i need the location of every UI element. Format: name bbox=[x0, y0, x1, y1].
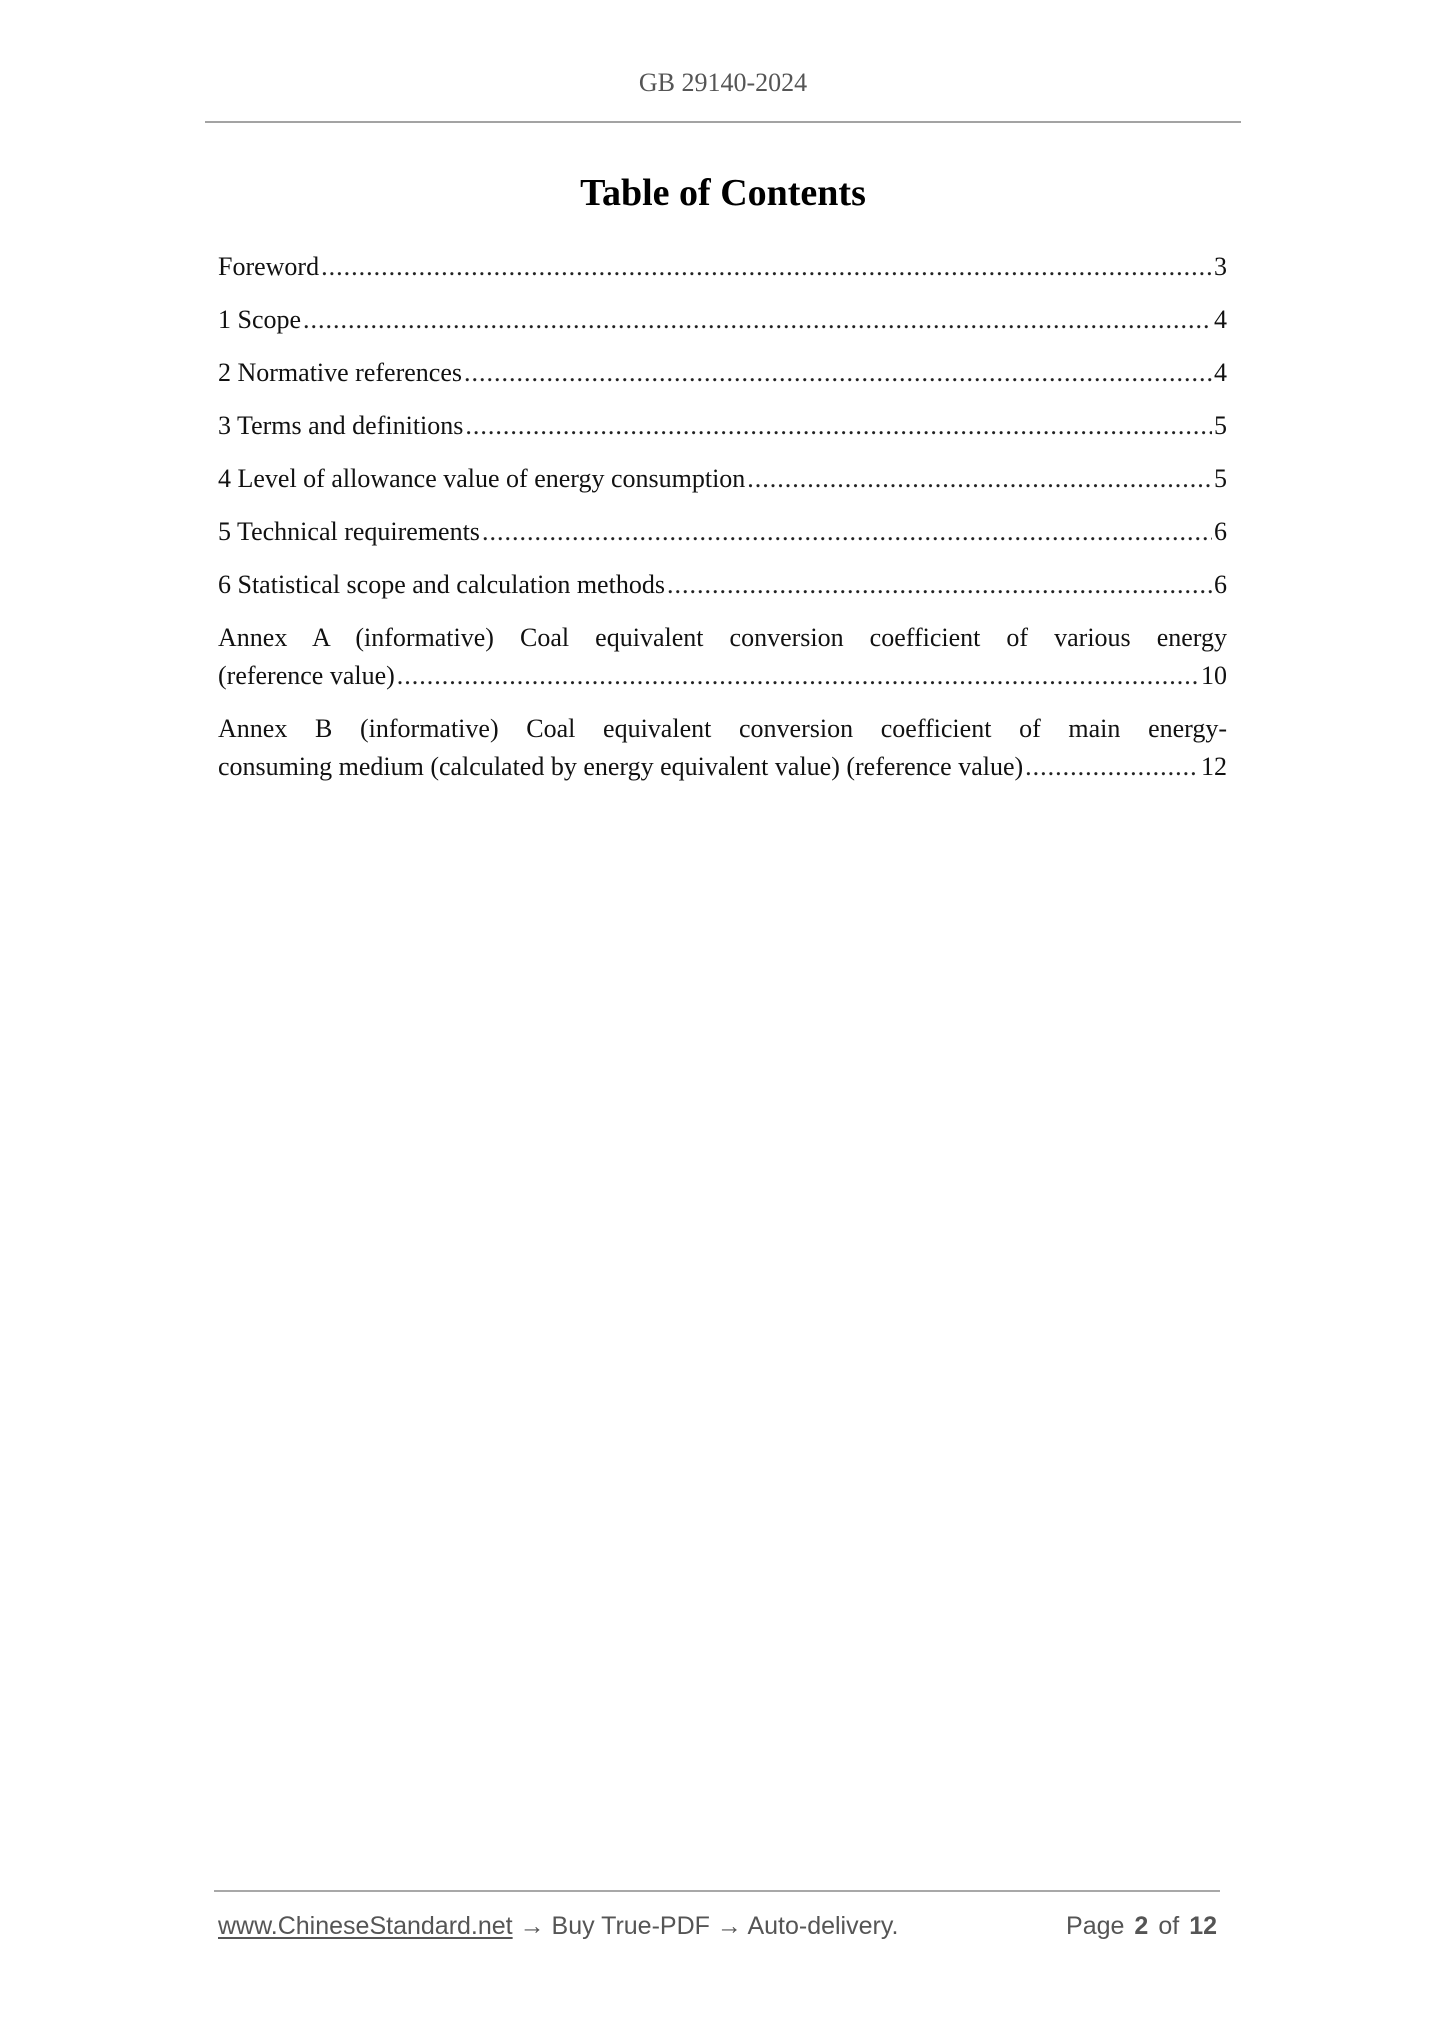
dot-leader: ........................................… bbox=[464, 354, 1212, 392]
arrow-right-icon: → bbox=[520, 1912, 545, 1940]
toc-entry-label: 4 Level of allowance value of energy con… bbox=[218, 460, 745, 498]
current-page-number: 2 bbox=[1134, 1912, 1148, 1940]
buy-true-pdf-text: Buy True-PDF bbox=[552, 1912, 710, 1940]
toc-entry-scope[interactable]: 1 Scope ................................… bbox=[218, 301, 1227, 339]
dot-leader: ........................................… bbox=[482, 513, 1212, 551]
dot-leader: ........................................… bbox=[397, 657, 1199, 695]
footer-divider bbox=[214, 1890, 1220, 1892]
toc-entry-annex-b[interactable]: Annex B (informative) Coal equivalent co… bbox=[218, 710, 1227, 786]
toc-entry-annex-a[interactable]: Annex A (informative) Coal equivalent co… bbox=[218, 619, 1227, 695]
toc-entry-label-line1: Annex B (informative) Coal equivalent co… bbox=[218, 710, 1227, 748]
toc-entry-label: 3 Terms and definitions bbox=[218, 407, 463, 445]
page-indicator: Page2of12 bbox=[1066, 1911, 1217, 1941]
toc-entry-technical-requirements[interactable]: 5 Technical requirements ...............… bbox=[218, 513, 1227, 551]
toc-entry-page: 4 bbox=[1214, 354, 1227, 392]
total-pages-number: 12 bbox=[1189, 1912, 1217, 1940]
toc-entry-page: 12 bbox=[1201, 748, 1227, 786]
toc-entry-terms-and-definitions[interactable]: 3 Terms and definitions ................… bbox=[218, 407, 1227, 445]
toc-entry-page: 6 bbox=[1214, 513, 1227, 551]
toc-entry-normative-references[interactable]: 2 Normative references .................… bbox=[218, 354, 1227, 392]
toc-entry-label-line2: (reference value) bbox=[218, 657, 395, 695]
toc-entry-label: 2 Normative references bbox=[218, 354, 462, 392]
arrow-right-icon: → bbox=[717, 1912, 742, 1940]
auto-delivery-text: Auto-delivery. bbox=[747, 1912, 898, 1940]
toc-entry-page: 6 bbox=[1214, 566, 1227, 604]
dot-leader: ........................................… bbox=[321, 248, 1212, 286]
toc-entry-label: 5 Technical requirements bbox=[218, 513, 480, 551]
footer-promo: www.ChineseStandard.net → Buy True-PDF →… bbox=[218, 1911, 898, 1941]
dot-leader: ........................................… bbox=[747, 460, 1212, 498]
toc-entry-label: Foreword bbox=[218, 248, 319, 286]
toc-entry-label: 6 Statistical scope and calculation meth… bbox=[218, 566, 665, 604]
of-label: of bbox=[1158, 1912, 1179, 1940]
toc-entry-page: 3 bbox=[1214, 248, 1227, 286]
table-of-contents: Foreword ...............................… bbox=[218, 248, 1227, 801]
document-code-header: GB 29140-2024 bbox=[205, 68, 1241, 98]
toc-entry-label-line2: consuming medium (calculated by energy e… bbox=[218, 748, 1023, 786]
toc-entry-page: 10 bbox=[1201, 657, 1227, 695]
dot-leader: ........................................… bbox=[465, 407, 1212, 445]
toc-entry-level-of-allowance[interactable]: 4 Level of allowance value of energy con… bbox=[218, 460, 1227, 498]
dot-leader: ........................................… bbox=[1025, 748, 1199, 786]
website-link[interactable]: www.ChineseStandard.net bbox=[218, 1912, 513, 1940]
page-label: Page bbox=[1066, 1912, 1124, 1940]
page-footer: www.ChineseStandard.net → Buy True-PDF →… bbox=[218, 1911, 1217, 1943]
toc-entry-statistical-scope[interactable]: 6 Statistical scope and calculation meth… bbox=[218, 566, 1227, 604]
toc-entry-label: 1 Scope bbox=[218, 301, 301, 339]
page-title: Table of Contents bbox=[205, 170, 1241, 216]
toc-entry-page: 5 bbox=[1214, 460, 1227, 498]
toc-entry-label-line1: Annex A (informative) Coal equivalent co… bbox=[218, 619, 1227, 657]
toc-entry-foreword[interactable]: Foreword ...............................… bbox=[218, 248, 1227, 286]
toc-entry-page: 4 bbox=[1214, 301, 1227, 339]
header-divider bbox=[205, 121, 1241, 123]
toc-entry-page: 5 bbox=[1214, 407, 1227, 445]
dot-leader: ........................................… bbox=[667, 566, 1212, 604]
dot-leader: ........................................… bbox=[303, 301, 1212, 339]
